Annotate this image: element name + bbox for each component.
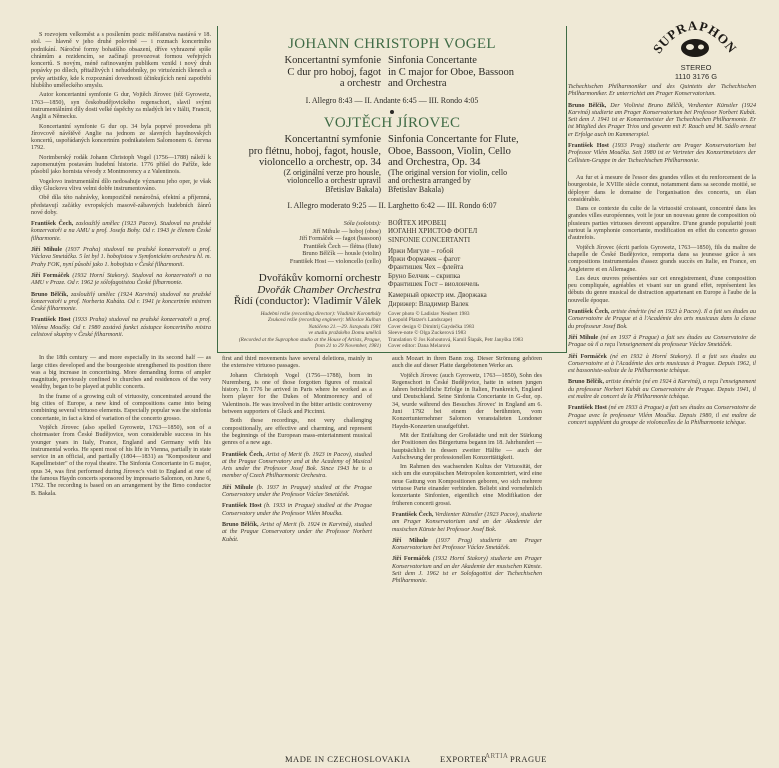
recording-credits: Hudební režie (recording director): Vlad… [239,311,381,349]
notes-paragraph: Autor koncertantní symfonie G dur, Vojtě… [31,92,211,121]
bio-mihule-en: Jiří Mihule (b. 1937 in Prague) studied … [222,485,372,500]
bio-host-de: František Host (1933 Prag) studierte am … [568,143,756,165]
bio-formacek-fr: Jiří Formáček (né en 1932 à Horní Stakor… [568,354,756,376]
format-label: STEREO [661,63,731,72]
notes-paragraph: Vojtěch Jírovec (écrit parfois Gyrowetz,… [568,245,756,274]
bio-cech-cz: František Čech, zasloužilý umělec (1923 … [31,221,211,243]
work-jirovec-cz: Koncertantní symfoniepro flétnu, hoboj, … [249,134,381,194]
composer-vogel: JOHANN CHRISTOPH VOGEL [218,36,566,53]
city-label: PRAGUE [510,754,547,764]
artia-logo-icon: ARTIA [485,752,508,760]
notes-english-column: first and third movements have several d… [222,356,372,546]
notes-paragraph: first and third movements have several d… [222,356,372,371]
notes-paragraph: Les deux œuvres présentées sur cet enreg… [568,276,756,305]
bio-host-cz: František Host (1933 Praha) studoval na … [31,317,211,339]
bio-cech-fr: František Čech, artiste émérite (né en 1… [568,309,756,331]
bio-belcik-de: Bruno Bělčík, Der Violinist Bruno Bělčík… [568,103,756,139]
supraphon-logo-icon: SUPRAPHON [650,10,740,70]
bio-host-fr: František Host (né en 1933 à Prague) a f… [568,405,756,427]
design-credits: Cover photo © Ladislav Neubert 1983(Leop… [388,311,523,349]
russian-credits: ВОЙТЕХ ИРОВЕЦИОГАНН ХРИСТОФ ФОГЕЛSINFONI… [388,219,487,308]
notes-czech-column: S rozvojem velkoměst a s posílením pozic… [31,32,211,500]
notes-paragraph: Norimberský rodák Johann Christoph Vogel… [31,155,211,177]
orchestra-block: Dvořákův komorní orchestr Dvořák Chamber… [234,273,381,308]
bio-host-en: František Host (b. 1933 in Prague) studi… [222,503,372,518]
movements-jirovec: I. Allegro moderato 9:25 — II. Larghetto… [218,201,566,210]
separator-dot [390,110,394,114]
notes-paragraph: Vojtěch Jírovec (auch Gyrowetz, 1763—185… [392,373,542,431]
stereo-catalog: STEREO 1110 3176 G [661,63,731,81]
program-box: JOHANN CHRISTOPH VOGEL Koncertantní symf… [217,26,567,353]
notes-paragraph: S rozvojem velkoměst a s posílením pozic… [31,32,211,90]
work-jirovec-en: Sinfonia Concertante for Flute,Oboe, Bas… [388,134,519,194]
exporter-label: EXPORTER [440,754,487,764]
notes-paragraph: Vogelovo instrumentální dílo nedosahuje … [31,179,211,194]
catalog-number: 1110 3176 G [661,72,731,81]
notes-paragraph: Au fur et à mesure de l'essor des grande… [568,175,756,204]
bio-cech-de: František Čech, Verdienter Künstler (192… [392,512,542,534]
work-vogel-cz: Koncertantní symfonieC dur pro hoboj, fa… [284,55,381,90]
notes-paragraph: Im Rahmen des wachsenden Kultus der Virt… [392,464,542,508]
composer-jirovec: VOJTĚCH JÍROVEC [218,115,566,132]
bio-mihule-fr: Jiří Mihule (né en 1937 à Prague) a fait… [568,335,756,350]
notes-french-column: Tschechischen Philharmoniker und des Qui… [568,84,756,429]
bio-belcik-en: Bruno Bělčík, Artist of Merit (b. 1924 i… [222,522,372,544]
notes-paragraph: In the frame of a growing cult of virtuo… [31,394,211,423]
bio-belcik-fr: Bruno Bělčík, artiste émérite (né en 192… [568,379,756,401]
notes-paragraph: auch Mozart in ihren Bann zog. Dieser St… [392,356,542,371]
bio-mihule-de: Jiří Mihule (1937 Prag) studierte am Pra… [392,538,542,553]
bio-belcik-cz: Bruno Bělčík, zasloužilý umělec (1924 Ka… [31,292,211,314]
made-in-label: MADE IN CZECHOSLOVAKIA [285,754,411,764]
notes-paragraph: Koncertantní symfonie G dur op. 34 byla … [31,124,211,153]
notes-paragraph: In the 18th century — and more especiall… [31,355,211,391]
work-vogel-en: Sinfonia Concertantein C major for Oboe,… [388,55,514,90]
bio-formacek-de: Jiří Formáček (1932 Horní Stakory) studi… [392,556,542,585]
bio-formacek-cz: Jiří Formáček (1932 Horní Stakory). Stud… [31,273,211,288]
notes-paragraph: Tschechischen Philharmoniker und des Qui… [568,84,756,99]
movements-vogel: I. Allegro 8:43 — II. Andante 6:45 — III… [218,96,566,105]
notes-paragraph: Dans ce contexte du culte de la virtuosi… [568,206,756,242]
bio-mihule-cz: Jiří Mihule (1937 Praha) studoval na pra… [31,247,211,269]
notes-paragraph: Mit der Entfaltung der Großstädte und mi… [392,433,542,462]
bio-cech-en: František Čech, Artist of Merit (b. 1923… [222,452,372,481]
notes-paragraph: Johann Christoph Vogel (1756—1788), born… [222,373,372,417]
notes-paragraph: Both these recordings, not very challeng… [222,418,372,447]
notes-paragraph: Obě díla této nahrávky, kompozičně nenár… [31,195,211,217]
soloists-list: Sóla (soloists): Jiří Mihule — hoboj (ob… [290,220,381,266]
notes-german-column: auch Mozart in ihren Bann zog. Dieser St… [392,356,542,588]
notes-paragraph: Vojtěch Jírovec (also spelled Gyrowetz, … [31,425,211,498]
